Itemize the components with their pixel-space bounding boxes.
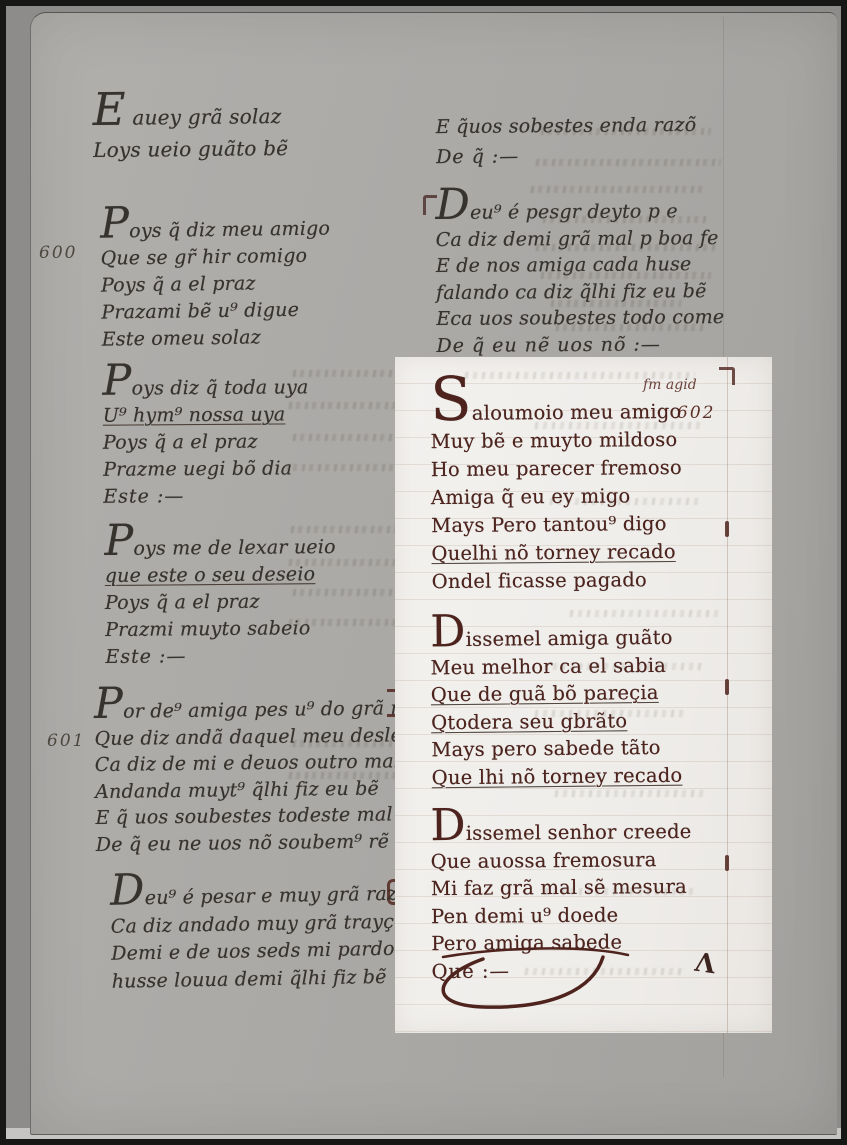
stanza: Dissemel amiga guãto Meu melhor ca el sa… [430, 624, 682, 792]
verse-line: Que diz andã daquel meu desleal [94, 721, 427, 752]
verse-line: Poys q̃ a el praz [105, 588, 336, 617]
stanza: E auey grã solaz Loys ueio guãto bẽ [93, 100, 289, 166]
bleedthrough-text [555, 790, 706, 797]
verse-line: De q̃ :— [436, 140, 697, 172]
verse-line: Mi faz grã mal sẽ mesura [431, 873, 692, 903]
verse-line: Poys me de lexar ueio [104, 534, 335, 563]
verse-line: Pen demi u⁹ doede [431, 900, 692, 930]
manuscript-page: 600 601 E auey grã solaz Loys ueio guãto… [30, 12, 837, 1135]
verse-line: Muy bẽ e muyto mildoso [430, 426, 681, 456]
verse-line: Este :— [105, 642, 336, 671]
caret-mark: Λ [693, 948, 717, 981]
verse-line: Mays pero sabede tãto [431, 734, 682, 764]
verse-line: Este omeu solaz [102, 323, 332, 353]
verse-line: Quelhi nõ torney recado [431, 538, 682, 568]
verse-line: Poys q̃ diz meu amigo [100, 215, 330, 245]
verse-line: Ca diz demi grã mal p boa fe [436, 224, 724, 253]
ruling-tick-icon [725, 679, 729, 695]
stanza: Deu⁹ é pesar e muy grã razon Ca diz anda… [110, 880, 423, 995]
stanza: E q̃uos sobestes enda razõ De q̃ :— [436, 110, 697, 172]
paraph-mark-icon [719, 367, 735, 385]
verse-line: Mays Pero tantou⁹ digo [431, 510, 682, 540]
corner-note: fm agid [643, 377, 697, 393]
verse-line: Que se gr̃ hir comigo [100, 242, 330, 272]
detail-photo-overlay: fm agid 602 Saloumoio meu amigo Muy bẽ e… [395, 357, 772, 1033]
verse-line: Este :— [103, 482, 309, 510]
verse-line: E q̃uos sobestes enda razõ [436, 110, 697, 142]
manuscript-photograph: 600 601 E auey grã solaz Loys ueio guãto… [0, 0, 847, 1145]
verse-line: falando ca diz q̃lhi fiz eu bẽ [436, 277, 724, 306]
stanza: Poys q̃ diz meu amigo Que se gr̃ hir com… [100, 215, 332, 353]
ruling-tick-icon [725, 521, 729, 537]
verse-line: E de nos amiga cada huse [436, 251, 724, 280]
verse-line: Prazmi muyto sabeio [105, 615, 336, 644]
verse-line: Loys ueio guãto bẽ [93, 132, 288, 166]
verse-line: De q̃ eu nẽ uos nõ :— [436, 330, 724, 359]
ruling-tick-icon [725, 855, 729, 871]
stanza: Por de⁹ amiga pes u⁹ do grã mal Que diz … [94, 695, 428, 858]
folio-number-601: 601 [47, 731, 85, 751]
folio-number-600: 600 [39, 243, 77, 263]
verse-line: Ca diz de mi e deuos outro mal [95, 748, 428, 779]
verse-line: Eca uos soubestes todo come [436, 304, 724, 333]
verse-line: Dissemel amiga guãto [430, 624, 681, 654]
verse-line: Que auossa fremosura [431, 845, 692, 875]
verse-line: Andanda muyt⁹ q̃lhi fiz eu bẽ [95, 774, 428, 805]
verse-line: Ondel ficasse pagado [432, 566, 683, 596]
verse-line: que este o seu deseio [105, 561, 336, 590]
verse-line: Por de⁹ amiga pes u⁹ do grã mal [94, 695, 427, 726]
stanza: Poys diz q̃ toda uya U⁹ hym⁹ nossa uya P… [103, 374, 310, 510]
stanza: Saloumoio meu amigo Muy bẽ e muyto mildo… [430, 398, 683, 596]
verse-line: Dissemel senhor creede [430, 818, 691, 848]
verse-line: Meu melhor ca el sabia [430, 651, 681, 681]
verse-line: Poys q̃ a el praz [103, 428, 309, 456]
verse-line: Que lhi nõ torney recado [432, 761, 683, 791]
verse-line: Que de guã bõ pareçia [431, 679, 682, 709]
stanza: Poys me de lexar ueio que este o seu des… [104, 534, 336, 671]
verse-line: U⁹ hym⁹ nossa uya [103, 401, 309, 429]
column-ruling-line [727, 357, 728, 1033]
bleedthrough-text [570, 610, 721, 617]
verse-line: E q̃ uos soubestes todeste mal [95, 801, 428, 832]
verse-line: Saloumoio meu amigo [430, 398, 681, 428]
verse-line: Prazme uegi bõ dia [103, 455, 309, 483]
verse-line: husse louua demi q̃lhi fiz bẽ [112, 963, 423, 996]
verse-line: Prazami bẽ u⁹ digue [101, 296, 331, 326]
verse-line: Amiga q̃ eu ey migo [431, 482, 682, 512]
pen-flourish [413, 943, 663, 1023]
verse-line: Poys diz q̃ toda uya [103, 374, 309, 402]
verse-line: De q̃ eu ne uos nõ soubem⁹ rẽ [96, 827, 429, 858]
verse-line: Poys q̃ a el praz [101, 269, 331, 299]
verse-line: E auey grã solaz [93, 100, 288, 134]
verse-line: Qtodera seu gbrãto [431, 706, 682, 736]
bleedthrough-text [531, 186, 707, 193]
verse-line: Ho meu parecer fremoso [431, 454, 682, 484]
verse-line: Deu⁹ é pesgr deyto p e [435, 198, 723, 227]
folio-number-602: 602 [677, 403, 715, 423]
stanza: Deu⁹ é pesgr deyto p e Ca diz demi grã m… [435, 198, 724, 359]
